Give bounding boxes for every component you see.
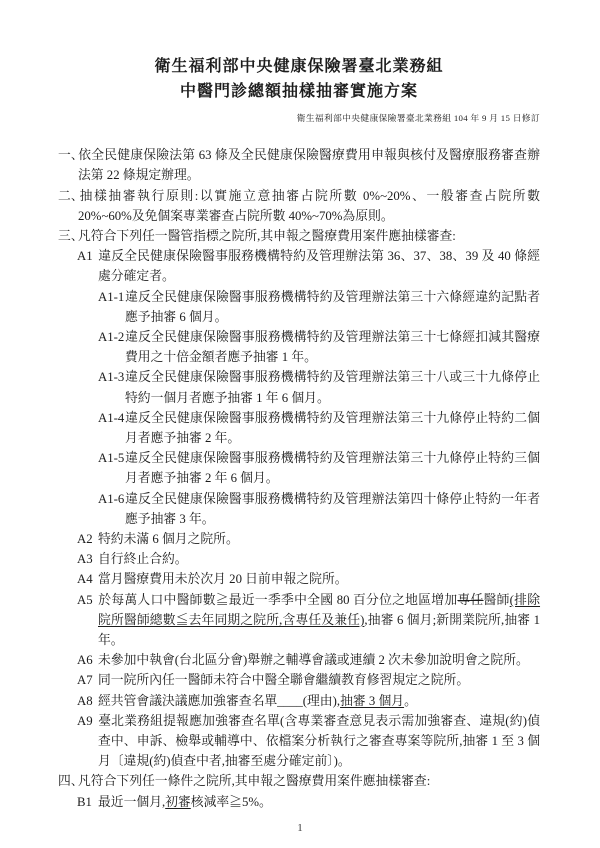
plain-text: 醫師	[484, 593, 510, 607]
item-label: A2	[77, 529, 98, 549]
plain-text: 違反全民健康保險醫事服務機構特約及管理辦法第三十九條停止特約三個月者應予抽審 2…	[125, 451, 540, 485]
plain-text: 違反全民健康保險醫事服務機構特約及管理辦法第三十八或三十九條停止特約一個月者應予…	[125, 370, 540, 404]
doc-item-a5: A5於每萬人口中醫師數≧最近一季季中全國 80 百分位之地區增加專任醫師(排除院…	[77, 590, 540, 651]
doc-item-a4: A4當月醫療費用未於次月 20 日前申報之院所。	[77, 569, 540, 589]
struck-text: 專任	[457, 593, 483, 607]
item-label: A1-3	[98, 367, 125, 387]
item-text: 凡符合下列任一醫管指標之院所,其申報之醫療費用案件應抽樣審查:	[78, 229, 456, 243]
doc-item-b1: B1最近一個月,初審核減率≧5%。	[77, 792, 540, 812]
plain-text: 違反全民健康保險醫事服務機構特約及管理辦法第三十六條經違約記點者應予抽審 6 個…	[125, 290, 540, 324]
doc-item-sec-4: 四、凡符合下列任一條件之院所,其申報之醫療費用案件應抽樣審查:	[58, 771, 540, 791]
item-label: 四、	[58, 771, 78, 791]
plain-text: 凡符合下列任一條件之院所,其申報之醫療費用案件應抽樣審查:	[78, 774, 430, 788]
item-text: 當月醫療費用未於次月 20 日前申報之院所。	[98, 572, 348, 586]
plain-text: 同一院所內任一醫師未符合中醫全聯會繼續教育修習規定之院所。	[98, 673, 469, 687]
item-label: A1-1	[98, 287, 125, 307]
doc-item-sec-1: 一、依全民健康保險法第 63 條及全民健康保險醫療費用申報與核付及醫療服務審查辦…	[58, 145, 540, 185]
doc-item-a1-4: A1-4違反全民健康保險醫事服務機構特約及管理辦法第三十九條停止特約二個月者應予…	[98, 408, 540, 448]
doc-item-sec-2: 二、抽樣抽審執行原則:以實施立意抽審占院所數 0%~20%、一般審查占院所數 2…	[58, 186, 540, 226]
item-text: 依全民健康保險法第 63 條及全民健康保險醫療費用申報與核付及醫療服務審查辦法第…	[78, 148, 540, 182]
doc-item-a3: A3自行終止合約。	[77, 549, 540, 569]
item-text: 自行終止合約。	[98, 552, 188, 566]
item-label: A1-5	[98, 448, 125, 468]
doc-body: 一、依全民健康保險法第 63 條及全民健康保險醫療費用申報與核付及醫療服務審查辦…	[58, 145, 540, 812]
item-text: 同一院所內任一醫師未符合中醫全聯會繼續教育修習規定之院所。	[98, 673, 469, 687]
document-page: 衛生福利部中央健康保險署臺北業務組 中醫門診總額抽樣抽審實施方案 衛生福利部中央…	[0, 0, 600, 848]
doc-header: 衛生福利部中央健康保險署臺北業務組 中醫門診總額抽樣抽審實施方案 衛生福利部中央…	[58, 56, 540, 124]
doc-title: 衛生福利部中央健康保險署臺北業務組	[58, 56, 540, 78]
item-text: 特約未滿 6 個月之院所。	[98, 532, 239, 546]
doc-item-a9: A9臺北業務組提報應加強審查名單(含專業審查意見表示需加強審查、違規(約)偵查中…	[77, 711, 540, 772]
item-label: A8	[77, 691, 98, 711]
item-text: 最近一個月,初審核減率≧5%。	[98, 795, 272, 809]
doc-item-a8: A8經共管會議決議應加強審查名單____(理由),抽審 3 個月。	[77, 691, 540, 711]
item-label: B1	[77, 792, 98, 812]
item-text: 違反全民健康保險醫事服務機構特約及管理辦法第三十七條經扣減其醫療費用之十倍金額者…	[125, 330, 540, 364]
doc-footer: 1	[0, 822, 600, 834]
item-text: 違反全民健康保險醫事服務機構特約及管理辦法第三十九條停止特約二個月者應予抽審 2…	[125, 411, 540, 445]
underlined-text: 初審	[165, 795, 191, 809]
doc-item-a1-2: A1-2違反全民健康保險醫事服務機構特約及管理辦法第三十七條經扣減其醫療費用之十…	[98, 327, 540, 367]
item-label: A1	[77, 246, 98, 266]
plain-text: 違反全民健康保險醫事服務機構特約及管理辦法第三十七條經扣減其醫療費用之十倍金額者…	[125, 330, 540, 364]
doc-subtitle: 中醫門診總額抽樣抽審實施方案	[58, 82, 540, 103]
underlined-text: 抽審 3 個月	[340, 694, 404, 708]
plain-text: 最近一個月,	[98, 795, 165, 809]
item-label: 一、	[58, 145, 78, 165]
doc-item-a1-6: A1-6違反全民健康保險醫事服務機構特約及管理辦法第四十條停止特約一年者應予抽審…	[98, 489, 540, 529]
item-label: A1-2	[98, 327, 125, 347]
item-label: A6	[77, 650, 98, 670]
plain-text: 抽樣抽審執行原則:以實施立意抽審占院所數 0%~20%、一般審查占院所數 20%…	[78, 189, 540, 223]
item-text: 違反全民健康保險醫事服務機構特約及管理辦法第三十八或三十九條停止特約一個月者應予…	[125, 370, 540, 404]
plain-text: 凡符合下列任一醫管指標之院所,其申報之醫療費用案件應抽樣審查:	[78, 229, 456, 243]
plain-text: 違反全民健康保險醫事服務機構特約及管理辦法第三十九條停止特約二個月者應予抽審 2…	[125, 411, 540, 445]
item-label: A7	[77, 670, 98, 690]
plain-text: 特約未滿 6 個月之院所。	[98, 532, 239, 546]
item-text: 經共管會議決議應加強審查名單____(理由),抽審 3 個月。	[98, 694, 417, 708]
item-label: A1-6	[98, 489, 125, 509]
item-text: 未參加中執會(台北區分會)舉辦之輔導會議或連續 2 次未參加說明會之院所。	[98, 653, 529, 667]
item-label: A3	[77, 549, 98, 569]
plain-text: 違反全民健康保險醫事服務機構特約及管理辦法第 36、37、38、39 及 40 …	[98, 249, 540, 283]
revision-note: 衛生福利部中央健康保險署臺北業務組 104 年 9 月 15 日修訂	[58, 111, 540, 124]
plain-text: 經共管會議決議應加強審查名單____(理由),	[98, 694, 340, 708]
item-text: 臺北業務組提報應加強審查名單(含專業審查意見表示需加強審查、違規(約)偵查中、申…	[98, 714, 540, 768]
item-text: 違反全民健康保險醫事服務機構特約及管理辦法第四十條停止特約一年者應予抽審 3 年…	[125, 492, 540, 526]
doc-item-a7: A7同一院所內任一醫師未符合中醫全聯會繼續教育修習規定之院所。	[77, 670, 540, 690]
item-label: 三、	[58, 226, 78, 246]
item-label: A4	[77, 569, 98, 589]
doc-item-a1: A1違反全民健康保險醫事服務機構特約及管理辦法第 36、37、38、39 及 4…	[77, 246, 540, 286]
plain-text: 自行終止合約。	[98, 552, 188, 566]
plain-text: 當月醫療費用未於次月 20 日前申報之院所。	[98, 572, 348, 586]
plain-text: 臺北業務組提報應加強審查名單(含專業審查意見表示需加強審查、違規(約)偵查中、申…	[98, 714, 540, 768]
doc-item-a6: A6未參加中執會(台北區分會)舉辦之輔導會議或連續 2 次未參加說明會之院所。	[77, 650, 540, 670]
plain-text: 未參加中執會(台北區分會)舉辦之輔導會議或連續 2 次未參加說明會之院所。	[98, 653, 529, 667]
doc-item-a2: A2特約未滿 6 個月之院所。	[77, 529, 540, 549]
plain-text: 於每萬人口中醫師數≧最近一季季中全國 80 百分位之地區增加	[98, 593, 457, 607]
item-text: 於每萬人口中醫師數≧最近一季季中全國 80 百分位之地區增加專任醫師(排除院所醫…	[98, 593, 540, 647]
page-number: 1	[297, 822, 303, 834]
item-text: 抽樣抽審執行原則:以實施立意抽審占院所數 0%~20%、一般審查占院所數 20%…	[78, 189, 540, 223]
doc-item-a1-1: A1-1違反全民健康保險醫事服務機構特約及管理辦法第三十六條經違約記點者應予抽審…	[98, 287, 540, 327]
item-label: A9	[77, 711, 98, 731]
item-label: 二、	[58, 186, 78, 206]
item-text: 違反全民健康保險醫事服務機構特約及管理辦法第三十九條停止特約三個月者應予抽審 2…	[125, 451, 540, 485]
doc-item-a1-3: A1-3違反全民健康保險醫事服務機構特約及管理辦法第三十八或三十九條停止特約一個…	[98, 367, 540, 407]
plain-text: 核減率≧5%。	[191, 795, 272, 809]
doc-item-sec-3: 三、凡符合下列任一醫管指標之院所,其申報之醫療費用案件應抽樣審查:	[58, 226, 540, 246]
item-label: A5	[77, 590, 98, 610]
item-text: 違反全民健康保險醫事服務機構特約及管理辦法第 36、37、38、39 及 40 …	[98, 249, 540, 283]
plain-text: 。	[404, 694, 417, 708]
plain-text: 違反全民健康保險醫事服務機構特約及管理辦法第四十條停止特約一年者應予抽審 3 年…	[125, 492, 540, 526]
plain-text: 依全民健康保險法第 63 條及全民健康保險醫療費用申報與核付及醫療服務審查辦法第…	[78, 148, 540, 182]
item-label: A1-4	[98, 408, 125, 428]
item-text: 違反全民健康保險醫事服務機構特約及管理辦法第三十六條經違約記點者應予抽審 6 個…	[125, 290, 540, 324]
item-text: 凡符合下列任一條件之院所,其申報之醫療費用案件應抽樣審查:	[78, 774, 430, 788]
doc-item-a1-5: A1-5違反全民健康保險醫事服務機構特約及管理辦法第三十九條停止特約三個月者應予…	[98, 448, 540, 488]
